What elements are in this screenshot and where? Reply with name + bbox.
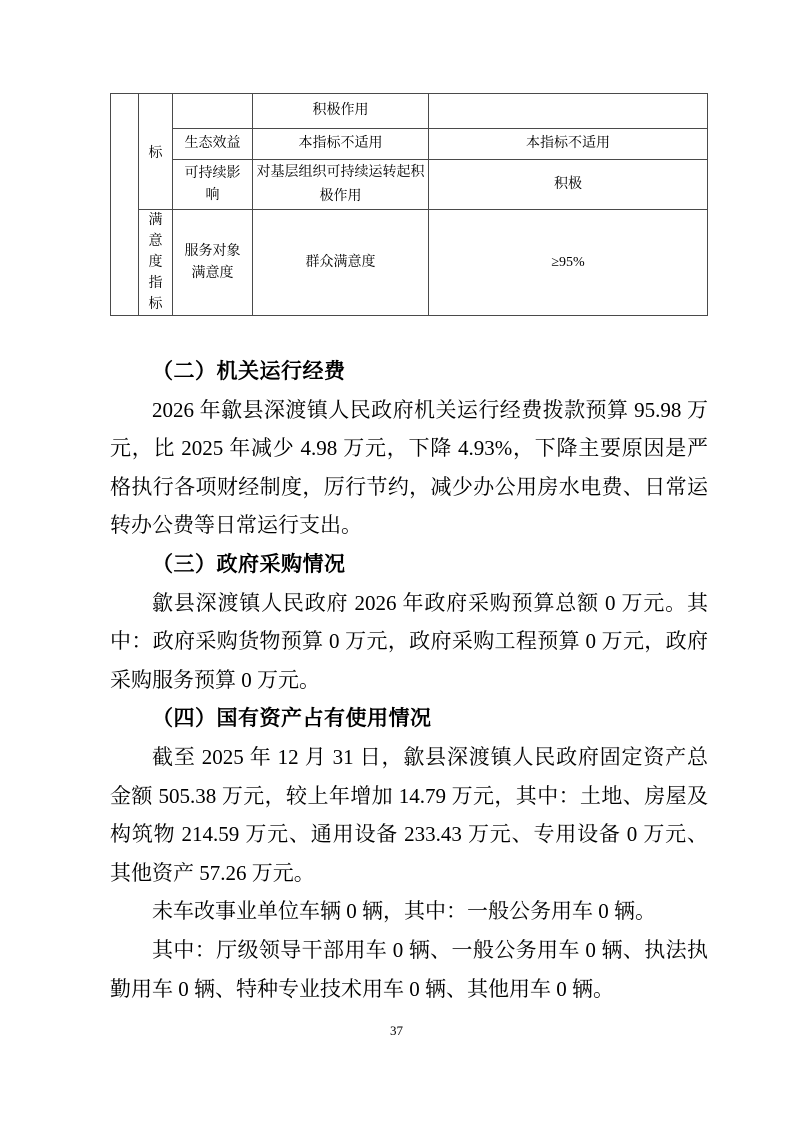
group-label-top-text: 标: [148, 143, 163, 164]
table-row: 生态效益 本指标不适用 本指标不适用: [111, 129, 708, 160]
table-cell-indicator-detail: 群众满意度: [253, 210, 429, 316]
performance-indicators-table: 标 积极作用 生态效益 本指标不适用 本指标不适用 可持续影响 对基: [110, 93, 708, 316]
paragraph: 歙县深渡镇人民政府 2026 年政府采购预算总额 0 万元。其中：政府采购货物预…: [110, 584, 708, 700]
table-cell-group-label-bottom: 满意度指标: [139, 210, 173, 316]
page-number: 37: [0, 1023, 793, 1039]
table-row: 满意度指标 服务对象满意度 群众满意度 ≥95%: [111, 210, 708, 316]
table-cell-indicator-detail: 本指标不适用: [253, 129, 429, 160]
table-cell-indicator-value: 积极: [429, 160, 708, 210]
paragraph: 截至 2025 年 12 月 31 日，歙县深渡镇人民政府固定资产总金额 505…: [110, 738, 708, 892]
table-cell-indicator-value: 本指标不适用: [429, 129, 708, 160]
paragraph: 2026 年歙县深渡镇人民政府机关运行经费拨款预算 95.98 万元，比 202…: [110, 391, 708, 545]
table-cell-indicator-name: 服务对象满意度: [173, 210, 253, 316]
table-cell-left-spacer: [111, 94, 139, 316]
section-heading: （四）国有资产占有使用情况: [110, 699, 708, 738]
table-cell-indicator-name: [173, 94, 253, 129]
table-cell-indicator-name: 可持续影响: [173, 160, 253, 210]
group-label-bottom-text: 满意度指标: [148, 210, 163, 315]
table-cell-indicator-name: 生态效益: [173, 129, 253, 160]
document-page: 标 积极作用 生态效益 本指标不适用 本指标不适用 可持续影响 对基: [0, 0, 793, 1122]
section-heading: （三）政府采购情况: [110, 545, 708, 584]
table-row: 可持续影响 对基层组织可持续运转起积极作用 积极: [111, 160, 708, 210]
table-cell-indicator-value: [429, 94, 708, 129]
table-cell-indicator-detail: 积极作用: [253, 94, 429, 129]
table-cell-group-label-top: 标: [139, 94, 173, 210]
table-cell-indicator-value: ≥95%: [429, 210, 708, 316]
paragraph: 其中：厅级领导干部用车 0 辆、一般公务用车 0 辆、执法执勤用车 0 辆、特种…: [110, 931, 708, 1008]
section-heading: （二）机关运行经费: [110, 352, 708, 391]
document-body: （二）机关运行经费 2026 年歙县深渡镇人民政府机关运行经费拨款预算 95.9…: [110, 352, 708, 1008]
paragraph: 未车改事业单位车辆 0 辆，其中：一般公务用车 0 辆。: [110, 892, 708, 931]
table-row: 标 积极作用: [111, 94, 708, 129]
table-cell-indicator-detail: 对基层组织可持续运转起积极作用: [253, 160, 429, 210]
